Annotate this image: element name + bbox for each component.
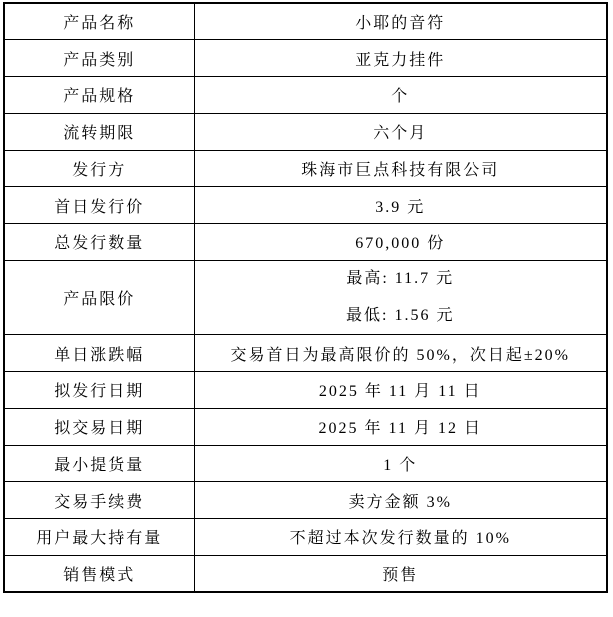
row-label: 拟发行日期: [4, 372, 194, 409]
product-info-table: 产品名称 小耶的音符 产品类别 亚克力挂件 产品规格 个 流转期限 六个月 发行…: [3, 2, 608, 593]
price-limit-max: 最高: 11.7 元: [199, 261, 603, 298]
row-value: 交易首日为最高限价的 50%，次日起±20%: [194, 335, 607, 372]
row-value: 预售: [194, 555, 607, 592]
table-row-issue-date: 拟发行日期 2025 年 11 月 11 日: [4, 372, 607, 409]
row-value: 2025 年 11 月 12 日: [194, 408, 607, 445]
table-row-total-issuance: 总发行数量 670,000 份: [4, 224, 607, 261]
row-label: 用户最大持有量: [4, 519, 194, 556]
row-label: 拟交易日期: [4, 408, 194, 445]
row-label: 产品类别: [4, 40, 194, 77]
table-row-min-pickup: 最小提货量 1 个: [4, 445, 607, 482]
row-label: 总发行数量: [4, 224, 194, 261]
document-page: 产品名称 小耶的音符 产品类别 亚克力挂件 产品规格 个 流转期限 六个月 发行…: [0, 0, 613, 617]
row-value: 670,000 份: [194, 224, 607, 261]
row-value: 卖方金额 3%: [194, 482, 607, 519]
row-value: 六个月: [194, 113, 607, 150]
table-row-circulation-period: 流转期限 六个月: [4, 113, 607, 150]
table-row-product-category: 产品类别 亚克力挂件: [4, 40, 607, 77]
row-label: 发行方: [4, 150, 194, 187]
row-label: 产品限价: [4, 260, 194, 335]
table-row-product-spec: 产品规格 个: [4, 77, 607, 114]
table-row-price-limit: 产品限价 最高: 11.7 元 最低: 1.56 元: [4, 260, 607, 335]
row-value: 不超过本次发行数量的 10%: [194, 519, 607, 556]
table-row-issuer: 发行方 珠海市巨点科技有限公司: [4, 150, 607, 187]
row-label: 产品名称: [4, 3, 194, 40]
row-value: 珠海市巨点科技有限公司: [194, 150, 607, 187]
row-label: 交易手续费: [4, 482, 194, 519]
row-value: 3.9 元: [194, 187, 607, 224]
row-label: 单日涨跌幅: [4, 335, 194, 372]
table-row-transaction-fee: 交易手续费 卖方金额 3%: [4, 482, 607, 519]
table-row-sales-mode: 销售模式 预售: [4, 555, 607, 592]
table-row-daily-fluctuation: 单日涨跌幅 交易首日为最高限价的 50%，次日起±20%: [4, 335, 607, 372]
row-value: 最高: 11.7 元 最低: 1.56 元: [194, 260, 607, 335]
row-label: 产品规格: [4, 77, 194, 114]
row-label: 最小提货量: [4, 445, 194, 482]
row-label: 流转期限: [4, 113, 194, 150]
table-row-max-user-holding: 用户最大持有量 不超过本次发行数量的 10%: [4, 519, 607, 556]
row-value: 个: [194, 77, 607, 114]
table-row-trade-date: 拟交易日期 2025 年 11 月 12 日: [4, 408, 607, 445]
row-label: 销售模式: [4, 555, 194, 592]
row-value: 亚克力挂件: [194, 40, 607, 77]
table-row-first-day-price: 首日发行价 3.9 元: [4, 187, 607, 224]
row-label: 首日发行价: [4, 187, 194, 224]
price-limit-min: 最低: 1.56 元: [199, 298, 603, 335]
row-value: 2025 年 11 月 11 日: [194, 372, 607, 409]
table-row-product-name: 产品名称 小耶的音符: [4, 3, 607, 40]
row-value: 1 个: [194, 445, 607, 482]
row-value: 小耶的音符: [194, 3, 607, 40]
